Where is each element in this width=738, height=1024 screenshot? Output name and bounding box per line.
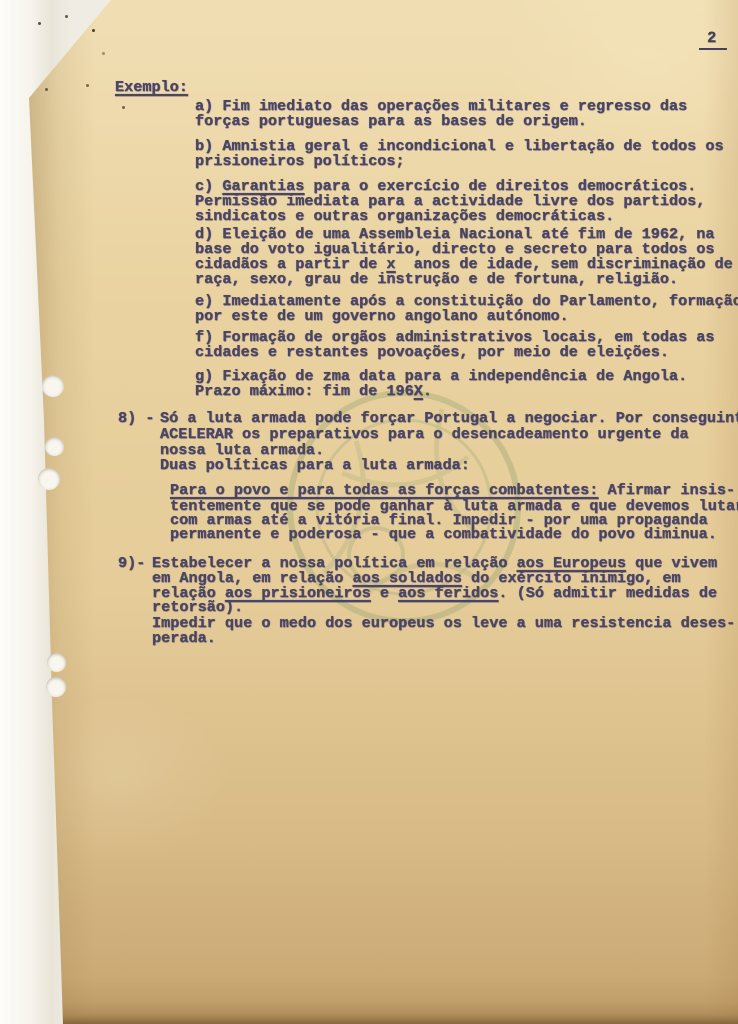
line-9-3-underlined-2: aos feridos: [398, 584, 498, 602]
item-9-marker: 9)-: [118, 556, 145, 571]
item-8-marker: 8) -: [118, 411, 154, 426]
line-8-1: Só a luta armada pode forçar Portugal a …: [160, 411, 738, 426]
punch-hole: [38, 468, 60, 490]
line-9-5: Impedir que o medo dos europeus os leve …: [152, 616, 735, 631]
scanned-page: 2 Exemplo: a) Fim imediato das operações…: [0, 0, 738, 1024]
line-g2-underlined: X: [414, 382, 423, 400]
staple-marks: [38, 22, 41, 25]
line-8-2: ACELERAR os preparativos para o desencad…: [160, 427, 689, 442]
line-9-3-mid: e: [371, 584, 398, 602]
doc-heading: Exemplo:: [115, 80, 188, 95]
line-9-3-underlined-1: aos prisioneiros: [225, 584, 371, 602]
punch-hole: [42, 375, 64, 397]
line-c3: sindicatos e outras organizações democrá…: [195, 209, 614, 224]
line-b2: prisioneiros políticos;: [195, 154, 405, 169]
punch-hole: [47, 653, 66, 672]
line-e2: por este de um governo angolano autónomo…: [195, 309, 569, 324]
line-g2-post: .: [423, 382, 432, 400]
line-8-4: Duas políticas para a luta armada:: [160, 458, 470, 473]
punch-hole: [46, 677, 66, 697]
page-number: 2: [699, 29, 727, 50]
line-a2: forças portuguesas para as bases de orig…: [195, 114, 587, 129]
line-f2: cidades e restantes povoações, por meio …: [195, 345, 669, 360]
page-number-value: 2: [699, 29, 727, 50]
line-g2-pre: Prazo máximo: fim de 196: [195, 382, 414, 400]
line-8-8: permanente e poderosa - que a combativid…: [170, 527, 717, 542]
punch-hole: [45, 437, 64, 456]
line-8-5: Para o povo e para todas as forças comba…: [170, 483, 735, 498]
line-d4: raça, sexo, grau de instrução e de fortu…: [195, 272, 678, 287]
line-g2: Prazo máximo: fim de 196X.: [195, 384, 432, 399]
line-9-4: retorsão).: [152, 600, 243, 615]
line-9-6: perada.: [152, 631, 216, 646]
line-9-3-post: . (Só admitir medidas de: [498, 584, 717, 602]
